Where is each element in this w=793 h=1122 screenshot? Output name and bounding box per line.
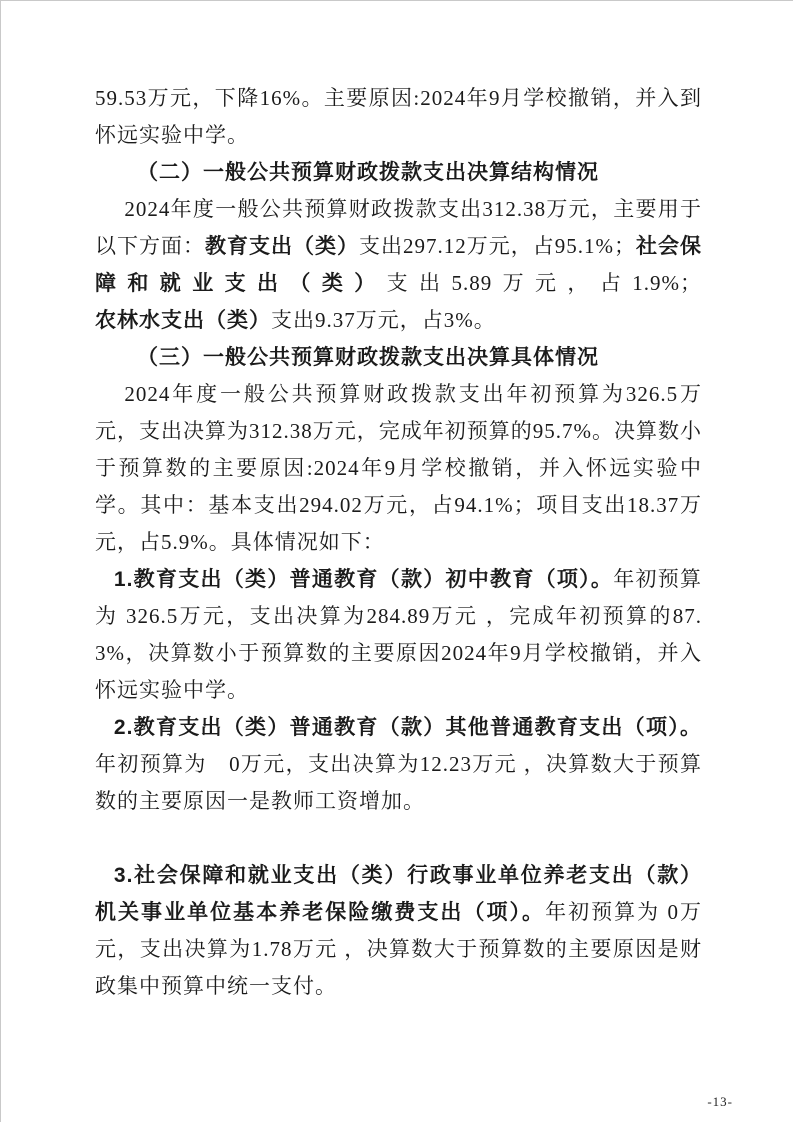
bold-text-run: （三）一般公共预算财政拨款支出决算具体情况 xyxy=(137,346,599,369)
text-run: 59.53万元，下降16%。主要原因:2024年9月学校撤销，并入到怀远实验中学… xyxy=(95,86,702,147)
body-paragraph: 3.社会保障和就业支出（类）行政事业单位养老支出（款）机关事业单位基本养老保险缴… xyxy=(95,857,702,1005)
bold-text-run: 教育支出（类） xyxy=(205,235,359,258)
text-run: 2024年度一般公共预算财政拨款支出年初预算为326.5万元，支出决算为312.… xyxy=(95,382,702,554)
body-paragraph: 2.教育支出（类）普通教育（款）其他普通教育支出（项）。年初预算为 0万元，支出… xyxy=(95,709,702,820)
body-paragraph: 59.53万元，下降16%。主要原因:2024年9月学校撤销，并入到怀远实验中学… xyxy=(95,80,702,154)
bold-text-run: 2.教育支出（类）普通教育（款）其他普通教育支出（项）。 xyxy=(114,716,702,739)
document-page: 59.53万元，下降16%。主要原因:2024年9月学校撤销，并入到怀远实验中学… xyxy=(0,0,793,1122)
body-paragraph: 1.教育支出（类）普通教育（款）初中教育（项）。年初预算为 326.5万元，支出… xyxy=(95,561,702,709)
bold-text-run: （二）一般公共预算财政拨款支出决算结构情况 xyxy=(137,161,599,184)
bold-text-run: 农林水支出（类） xyxy=(95,309,271,332)
body-paragraph: 2024年度一般公共预算财政拨款支出312.38万元，主要用于以下方面：教育支出… xyxy=(95,191,702,339)
text-run: 支出297.12万元，占95.1%； xyxy=(359,234,636,258)
bold-text-run: 1.教育支出（类）普通教育（款）初中教育（项）。 xyxy=(114,568,613,591)
section-heading: （二）一般公共预算财政拨款支出决算结构情况 xyxy=(95,154,702,191)
section-heading: （三）一般公共预算财政拨款支出决算具体情况 xyxy=(95,339,702,376)
page-number: -13- xyxy=(707,1094,733,1110)
text-run: 年初预算为 0万元，支出决算为12.23万元 ，决算数大于预算数的主要原因一是教… xyxy=(95,752,702,813)
text-run: 支出5.89万元，占1.9%； xyxy=(387,271,702,295)
document-body: 59.53万元，下降16%。主要原因:2024年9月学校撤销，并入到怀远实验中学… xyxy=(95,80,702,1005)
text-run: 支出9.37万元，占3%。 xyxy=(271,308,496,332)
body-paragraph: 2024年度一般公共预算财政拨款支出年初预算为326.5万元，支出决算为312.… xyxy=(95,376,702,561)
